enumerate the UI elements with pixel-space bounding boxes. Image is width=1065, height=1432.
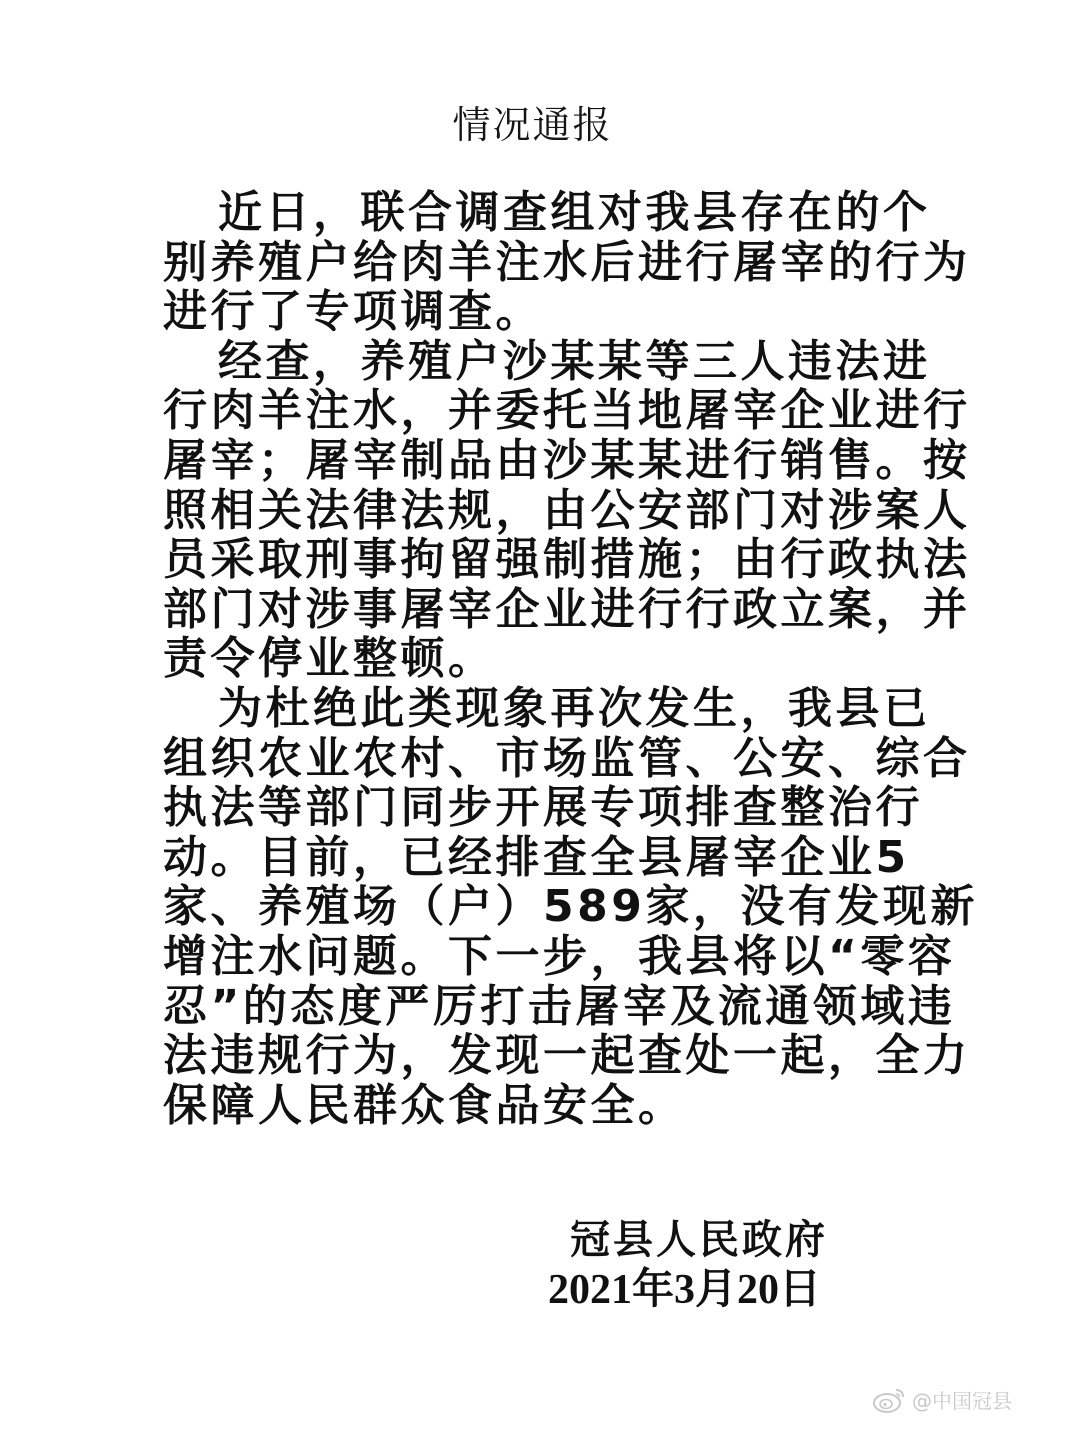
signature-date: 2021年3月20日: [548, 1265, 821, 1315]
document-title: 情况通报: [0, 100, 1065, 150]
signature-organization: 冠县人民政府: [570, 1215, 828, 1265]
weibo-watermark: @中国冠县: [872, 1384, 1012, 1414]
paragraph-3: 为杜绝此类现象再次发生，我县已 组织农业农村、市场监管、公安、综合 执法等部门同…: [163, 684, 923, 1130]
paragraph-line: 为杜绝此类现象再次发生，我县已: [163, 684, 923, 734]
paragraph-line: 保障人民群众食品安全。: [163, 1081, 923, 1131]
paragraph-line: 动。目前，已经排查全县屠宰企业5: [163, 833, 923, 883]
paragraph-line: 经查，养殖户沙某某等三人违法进: [163, 337, 923, 387]
paragraph-line: 责令停业整顿。: [163, 634, 923, 684]
paragraph-line: 照相关法律法规，由公安部门对涉案人: [163, 486, 923, 536]
paragraph-line: 增注水问题。下一步，我县将以“零容: [163, 932, 923, 982]
paragraph-line: 屠宰；屠宰制品由沙某某进行销售。按: [163, 436, 923, 486]
paragraph-2: 经查，养殖户沙某某等三人违法进 行肉羊注水，并委托当地屠宰企业进行 屠宰；屠宰制…: [163, 337, 923, 684]
paragraph-line: 进行了专项调查。: [163, 287, 923, 337]
paragraph-line: 执法等部门同步开展专项排查整治行: [163, 783, 923, 833]
paragraph-line: 忍”的态度严厉打击屠宰及流通领域违: [163, 982, 923, 1032]
weibo-logo-icon: [872, 1384, 908, 1414]
paragraph-1: 近日，联合调查组对我县存在的个 别养殖户给肉羊注水后进行屠宰的行为 进行了专项调…: [163, 188, 923, 337]
paragraph-line: 行肉羊注水，并委托当地屠宰企业进行: [163, 386, 923, 436]
watermark-text: @中国冠县: [912, 1385, 1012, 1414]
paragraph-line: 家、养殖场（户）589家，没有发现新: [163, 882, 923, 932]
paragraph-line: 部门对涉事屠宰企业进行行政立案，并: [163, 585, 923, 635]
paragraph-line: 组织农业农村、市场监管、公安、综合: [163, 734, 923, 784]
document-body: 近日，联合调查组对我县存在的个 别养殖户给肉羊注水后进行屠宰的行为 进行了专项调…: [163, 188, 923, 1130]
paragraph-line: 员采取刑事拘留强制措施；由行政执法: [163, 535, 923, 585]
paragraph-line: 法违规行为，发现一起查处一起，全力: [163, 1031, 923, 1081]
paragraph-line: 近日，联合调查组对我县存在的个: [163, 188, 923, 238]
paragraph-line: 别养殖户给肉羊注水后进行屠宰的行为: [163, 238, 923, 288]
